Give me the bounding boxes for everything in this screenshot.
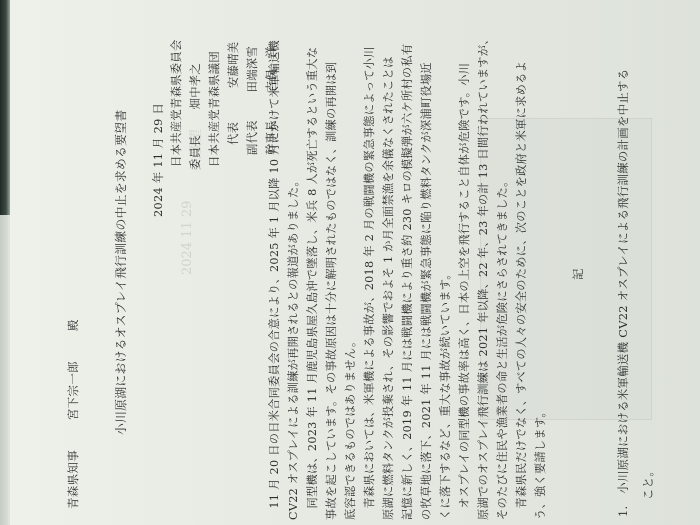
body-line: くに落下するなど、重大な事故が続いています。 xyxy=(437,268,453,520)
sender-name: 田端深雪 xyxy=(246,46,259,92)
body-line: の牧草地に落下、2021 年 11 月には戦闘機が緊急事態に陥り燃料タンクが深浦… xyxy=(418,62,434,520)
item-number: 1. xyxy=(616,506,630,517)
body-line: 青森県民だけでなく、すべての人々の安全のために、次のことを政府と米軍に求めるよ xyxy=(513,61,529,520)
body-line: 原湖に燃料タンクが投棄され、その影響でおよそ 1 か月全面禁漁を余儀なくされたこ… xyxy=(380,56,396,520)
sender-chair: 委員長 畑中孝之 xyxy=(187,63,203,170)
body-line: 事故を起こしています。その事故原因は十分に解明されたものではなく、訓練の再開は到 xyxy=(323,62,339,520)
body-line: CV22 オスプレイによる訓練が再開されるとの報道がありました。 xyxy=(285,175,301,520)
body-line: 記憶に新しく、2019 年 11 月には戦闘機により重さ約 230 キロの模擬弾… xyxy=(399,44,415,520)
recipient-title: 青森県知事 xyxy=(66,450,80,509)
page-shadow xyxy=(0,215,8,525)
body-line: 青森県においては、米軍機による事故が、2018 年 2 月の戦闘機の緊急事態によ… xyxy=(361,46,377,520)
body-line: 底容認できるものではありません。 xyxy=(342,336,358,520)
body-line: 同型機は、2023 年 11 月鹿児島県屋久島沖で墜落し、米兵 8 人が死亡する… xyxy=(304,47,320,520)
item-text: 小川原湖における米軍輸送機 CV22 オスプレイによる飛行訓練の計画を中止する xyxy=(616,69,630,494)
request-item-1-continued: こと。 xyxy=(640,465,656,500)
sender-role: 代表 xyxy=(227,122,240,145)
desk-edge xyxy=(0,0,10,215)
sender-org-2: 日本共産党青森県議団 xyxy=(206,51,222,167)
sender-vice-representative: 副代表 田端深雪 xyxy=(244,46,260,155)
sender-name: 畑中孝之 xyxy=(189,63,202,109)
document-page: 2024 11 29 要望 青森県知事 宮下宗一郎 殿 小川原湖におけるオスプレ… xyxy=(10,0,700,525)
body-line: う、強く要請します。 xyxy=(532,406,548,520)
recipient-name: 宮下宗一郎 xyxy=(66,361,80,420)
sender-org-1: 日本共産党青森県委員会 xyxy=(168,39,184,167)
body-line: 11 月 20 日の日米合同委員会の合意により、2025 年 1 月以降 10 … xyxy=(266,40,282,520)
sender-role: 副代表 xyxy=(246,120,259,155)
body-line: 原湖でのオスプレイ飛行訓練は 2021 年以降、22 年、23 年の計 13 日… xyxy=(475,33,491,520)
recipient: 青森県知事 宮下宗一郎 殿 xyxy=(65,319,81,509)
document-heading: 小川原湖におけるオスプレイ飛行訓練の中止を求める要望書 xyxy=(112,110,129,435)
body-line: オスプレイの同型機の事故率は高く、日本の上空を飛行すること自体が危険です。小川 xyxy=(456,63,472,520)
recipient-honorific: 殿 xyxy=(66,319,80,331)
sender-representative: 代表 安藤晴美 xyxy=(225,42,241,145)
body-line: そのたびに住民や漁業者の命と生活が危険にさらされてきました。 xyxy=(494,175,510,520)
document-date: 2024 年 11 月 29 日 xyxy=(150,103,166,217)
sender-role: 委員長 xyxy=(189,135,202,170)
show-through-text: 2024 11 29 xyxy=(180,201,195,275)
sender-name: 安藤晴美 xyxy=(227,42,240,88)
ki-marker: 記 xyxy=(570,268,586,280)
request-item-1: 1. 小川原湖における米軍輸送機 CV22 オスプレイによる飛行訓練の計画を中止… xyxy=(615,69,631,517)
